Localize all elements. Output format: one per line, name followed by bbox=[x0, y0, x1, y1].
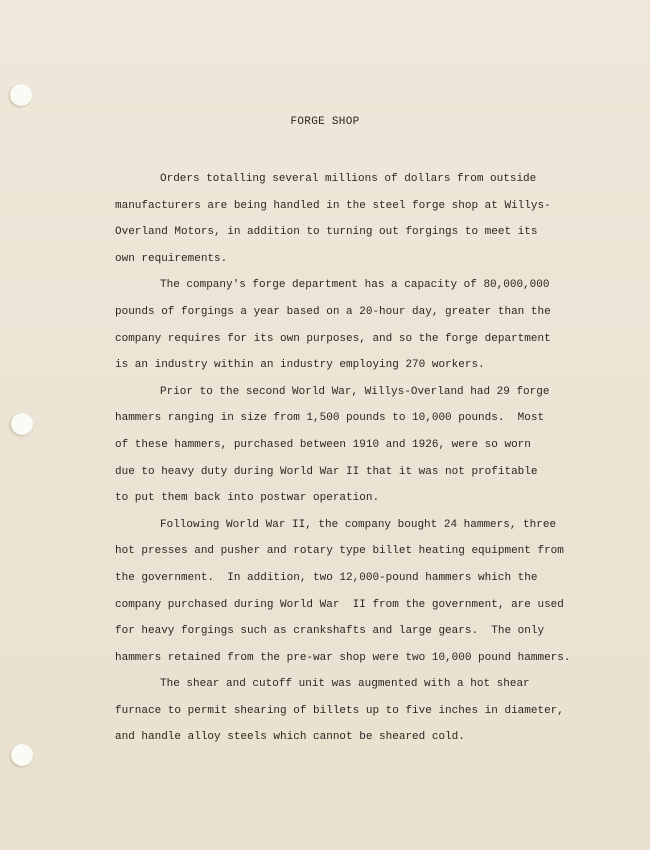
paragraph-line: furnace to permit shearing of billets up… bbox=[115, 698, 585, 725]
punch-hole bbox=[11, 413, 33, 435]
paragraph-line: Orders totalling several millions of dol… bbox=[115, 166, 585, 193]
paragraph-line: is an industry within an industry employ… bbox=[115, 352, 585, 379]
paragraph-line: to put them back into postwar operation. bbox=[115, 485, 585, 512]
page-title: FORGE SHOP bbox=[0, 116, 650, 128]
paragraph-line: manufacturers are being handled in the s… bbox=[115, 193, 585, 220]
paragraph-line: The shear and cutoff unit was augmented … bbox=[115, 671, 585, 698]
document-body: Orders totalling several millions of dol… bbox=[115, 166, 585, 751]
paragraph-line: due to heavy duty during World War II th… bbox=[115, 459, 585, 486]
paragraph-line: pounds of forgings a year based on a 20-… bbox=[115, 299, 585, 326]
paragraph-line: and handle alloy steels which cannot be … bbox=[115, 724, 585, 751]
paragraph-line: for heavy forgings such as crankshafts a… bbox=[115, 618, 585, 645]
punch-hole bbox=[10, 84, 32, 106]
paragraph-line: company requires for its own purposes, a… bbox=[115, 326, 585, 353]
paragraph-line: hammers ranging in size from 1,500 pound… bbox=[115, 405, 585, 432]
paragraph-line: the government. In addition, two 12,000-… bbox=[115, 565, 585, 592]
paragraph-line: hot presses and pusher and rotary type b… bbox=[115, 538, 585, 565]
paragraph-line: company purchased during World War II fr… bbox=[115, 592, 585, 619]
paragraph-line: Following World War II, the company boug… bbox=[115, 512, 585, 539]
paragraph-line: own requirements. bbox=[115, 246, 585, 273]
punch-hole bbox=[11, 744, 33, 766]
typed-page: FORGE SHOP Orders totalling several mill… bbox=[0, 0, 650, 850]
paragraph-line: The company's forge department has a cap… bbox=[115, 272, 585, 299]
paragraph-line: of these hammers, purchased between 1910… bbox=[115, 432, 585, 459]
paragraph-line: hammers retained from the pre-war shop w… bbox=[115, 645, 585, 672]
paragraph-line: Overland Motors, in addition to turning … bbox=[115, 219, 585, 246]
paragraph-line: Prior to the second World War, Willys-Ov… bbox=[115, 379, 585, 406]
